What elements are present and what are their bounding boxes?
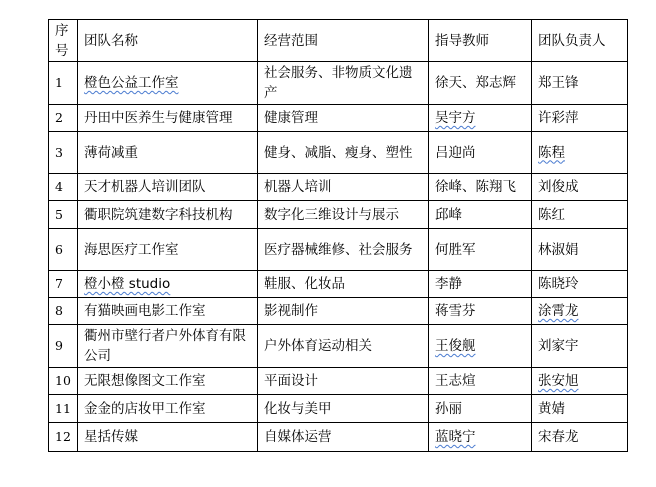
cell-business-scope: 健康管理 (258, 105, 429, 132)
table-row: 6 海思医疗工作室 医疗器械维修、社会服务 何胜军 林淑娟 (49, 229, 628, 271)
cell-team-name: 金金的店妆甲工作室 (78, 395, 258, 423)
cell-advisor: 王志煊 (429, 368, 532, 395)
table-row: 2 丹田中医养生与健康管理 健康管理 吴宇方 许彩萍 (49, 105, 628, 132)
header-row: 序号 团队名称 经营范围 指导教师 团队负责人 (49, 20, 628, 62)
table-row: 3 薄荷减重 健身、减脂、瘦身、塑性 吕迎尚 陈程 (49, 132, 628, 174)
cell-team-name: 天才机器人培训团队 (78, 174, 258, 201)
header-leader: 团队负责人 (532, 20, 628, 62)
cell-no: 7 (49, 271, 78, 298)
cell-business-scope: 鞋服、化妆品 (258, 271, 429, 298)
cell-business-scope: 医疗器械维修、社会服务 (258, 229, 429, 271)
leader-text: 涂霄龙 (538, 303, 579, 319)
cell-team-name: 海思医疗工作室 (78, 229, 258, 271)
cell-no: 5 (49, 201, 78, 229)
cell-advisor: 吕迎尚 (429, 132, 532, 174)
cell-business-scope: 健身、减脂、瘦身、塑性 (258, 132, 429, 174)
cell-leader: 宋春龙 (532, 423, 628, 452)
cell-advisor: 徐天、郑志辉 (429, 62, 532, 105)
cell-advisor: 孙丽 (429, 395, 532, 423)
table-row: 12 星括传媒 自媒体运营 蓝晓宁 宋春龙 (49, 423, 628, 452)
cell-no: 10 (49, 368, 78, 395)
cell-advisor: 吴宇方 (429, 105, 532, 132)
cell-business-scope: 户外体育运动相关 (258, 325, 429, 368)
cell-business-scope: 化妆与美甲 (258, 395, 429, 423)
cell-leader: 涂霄龙 (532, 298, 628, 325)
cell-team-name: 薄荷减重 (78, 132, 258, 174)
cell-team-name: 衢州市壁行者户外体育有限公司 (78, 325, 258, 368)
header-team-name: 团队名称 (78, 20, 258, 62)
table-row: 9 衢州市壁行者户外体育有限公司 户外体育运动相关 王俊舰 刘家宇 (49, 325, 628, 368)
table-row: 4 天才机器人培训团队 机器人培训 徐峰、陈翔飞 刘俊成 (49, 174, 628, 201)
table-row: 11 金金的店妆甲工作室 化妆与美甲 孙丽 黄婧 (49, 395, 628, 423)
advisor-text: 吴宇方 (435, 110, 476, 126)
cell-team-name: 橙色公益工作室 (78, 62, 258, 105)
leader-text: 张安旭 (538, 373, 579, 389)
cell-business-scope: 影视制作 (258, 298, 429, 325)
cell-no: 1 (49, 62, 78, 105)
cell-no: 3 (49, 132, 78, 174)
cell-team-name: 丹田中医养生与健康管理 (78, 105, 258, 132)
table-row: 8 有猫映画电影工作室 影视制作 蒋雪芬 涂霄龙 (49, 298, 628, 325)
cell-business-scope: 社会服务、非物质文化遗产 (258, 62, 429, 105)
advisor-text: 蓝晓宁 (435, 429, 476, 445)
cell-business-scope: 数字化三维设计与展示 (258, 201, 429, 229)
cell-leader: 郑王锋 (532, 62, 628, 105)
cell-advisor: 蓝晓宁 (429, 423, 532, 452)
cell-business-scope: 自媒体运营 (258, 423, 429, 452)
cell-leader: 陈红 (532, 201, 628, 229)
header-no: 序号 (49, 20, 78, 62)
cell-no: 6 (49, 229, 78, 271)
cell-leader: 许彩萍 (532, 105, 628, 132)
cell-leader: 刘俊成 (532, 174, 628, 201)
cell-team-name: 无限想像图文工作室 (78, 368, 258, 395)
cell-leader: 陈晓玲 (532, 271, 628, 298)
table-row: 10 无限想像图文工作室 平面设计 王志煊 张安旭 (49, 368, 628, 395)
table-row: 7 橙小橙 studio 鞋服、化妆品 李静 陈晓玲 (49, 271, 628, 298)
cell-business-scope: 平面设计 (258, 368, 429, 395)
cell-team-name: 衢职院筑建数字科技机构 (78, 201, 258, 229)
advisor-text: 王俊舰 (435, 338, 476, 354)
cell-advisor: 徐峰、陈翔飞 (429, 174, 532, 201)
cell-advisor: 李静 (429, 271, 532, 298)
cell-leader: 林淑娟 (532, 229, 628, 271)
cell-team-name: 有猫映画电影工作室 (78, 298, 258, 325)
cell-team-name: 星括传媒 (78, 423, 258, 452)
header-advisor: 指导教师 (429, 20, 532, 62)
team-name-text: 橙小橙 studio (84, 276, 170, 292)
cell-advisor: 何胜军 (429, 229, 532, 271)
table-row: 5 衢职院筑建数字科技机构 数字化三维设计与展示 邱峰 陈红 (49, 201, 628, 229)
leader-text: 陈程 (538, 145, 565, 161)
cell-leader: 黄婧 (532, 395, 628, 423)
cell-leader: 刘家宇 (532, 325, 628, 368)
cell-leader: 张安旭 (532, 368, 628, 395)
team-name-text: 橙色公益工作室 (84, 75, 179, 91)
cell-no: 2 (49, 105, 78, 132)
cell-leader: 陈程 (532, 132, 628, 174)
cell-no: 11 (49, 395, 78, 423)
team-table: 序号 团队名称 经营范围 指导教师 团队负责人 1 橙色公益工作室 社会服务、非… (48, 19, 628, 452)
cell-no: 8 (49, 298, 78, 325)
cell-advisor: 蒋雪芬 (429, 298, 532, 325)
cell-no: 12 (49, 423, 78, 452)
cell-no: 9 (49, 325, 78, 368)
table-row: 1 橙色公益工作室 社会服务、非物质文化遗产 徐天、郑志辉 郑王锋 (49, 62, 628, 105)
cell-business-scope: 机器人培训 (258, 174, 429, 201)
cell-advisor: 邱峰 (429, 201, 532, 229)
header-business-scope: 经营范围 (258, 20, 429, 62)
cell-advisor: 王俊舰 (429, 325, 532, 368)
cell-no: 4 (49, 174, 78, 201)
cell-team-name: 橙小橙 studio (78, 271, 258, 298)
